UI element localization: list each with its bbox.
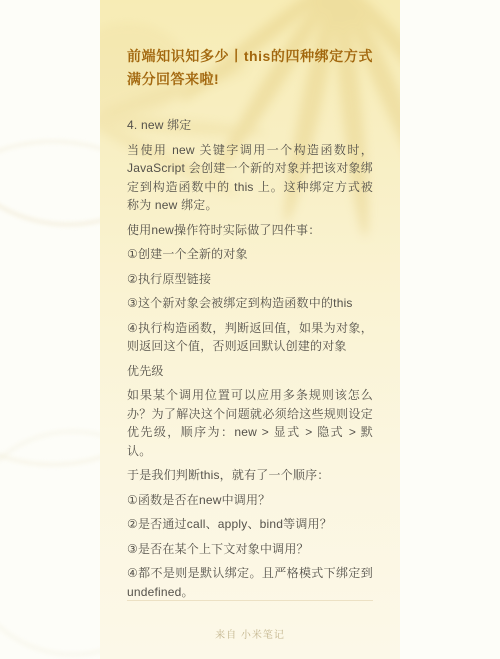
list-item-return-value: ④执行构造函数，判断返回值，如果为对象，则返回这个值，否则返回默认创建的对象 — [127, 319, 373, 356]
list-item-default-binding: ④都不是则是默认绑定。且严格模式下绑定到undefined。 — [127, 564, 373, 601]
paragraph-order-label: 于是我们判断this，就有了一个顺序： — [127, 466, 373, 485]
note-content: 前端知识知多少丨this的四种绑定方式满分回答来啦! 4. new 绑定 当使用… — [127, 45, 373, 607]
list-item-new-call: ①函数是否在new中调用？ — [127, 491, 373, 510]
paragraph-four-things-label: 使用new操作符时实际做了四件事： — [127, 221, 373, 240]
list-item-create-object: ①创建一个全新的对象 — [127, 245, 373, 264]
paragraph-priority-rules: 如果某个调用位置可以应用多条规则该怎么办？为了解决这个问题就必须给这些规则设定优… — [127, 386, 373, 460]
list-item-prototype-link: ②执行原型链接 — [127, 270, 373, 289]
list-item-bind-this: ③这个新对象会被绑定到构造函数中的this — [127, 294, 373, 313]
page-background: { "note": { "title": "前端知识知多少丨this的四种绑定方… — [0, 0, 500, 659]
section-heading-priority: 优先级 — [127, 362, 373, 381]
paragraph-new-binding-intro: 当使用 new 关键字调用一个构造函数时，JavaScript 会创建一个新的对… — [127, 141, 373, 215]
source-attribution: 来自 小米笔记 — [127, 626, 373, 641]
section-heading-new-binding: 4. new 绑定 — [127, 116, 373, 135]
list-item-context-object: ③是否在某个上下文对象中调用？ — [127, 540, 373, 559]
note-card: 前端知识知多少丨this的四种绑定方式满分回答来啦! 4. new 绑定 当使用… — [100, 0, 400, 659]
list-item-call-apply-bind: ②是否通过call、apply、bind等调用？ — [127, 515, 373, 534]
footer-divider — [127, 600, 373, 601]
note-title: 前端知识知多少丨this的四种绑定方式满分回答来啦! — [127, 45, 373, 91]
